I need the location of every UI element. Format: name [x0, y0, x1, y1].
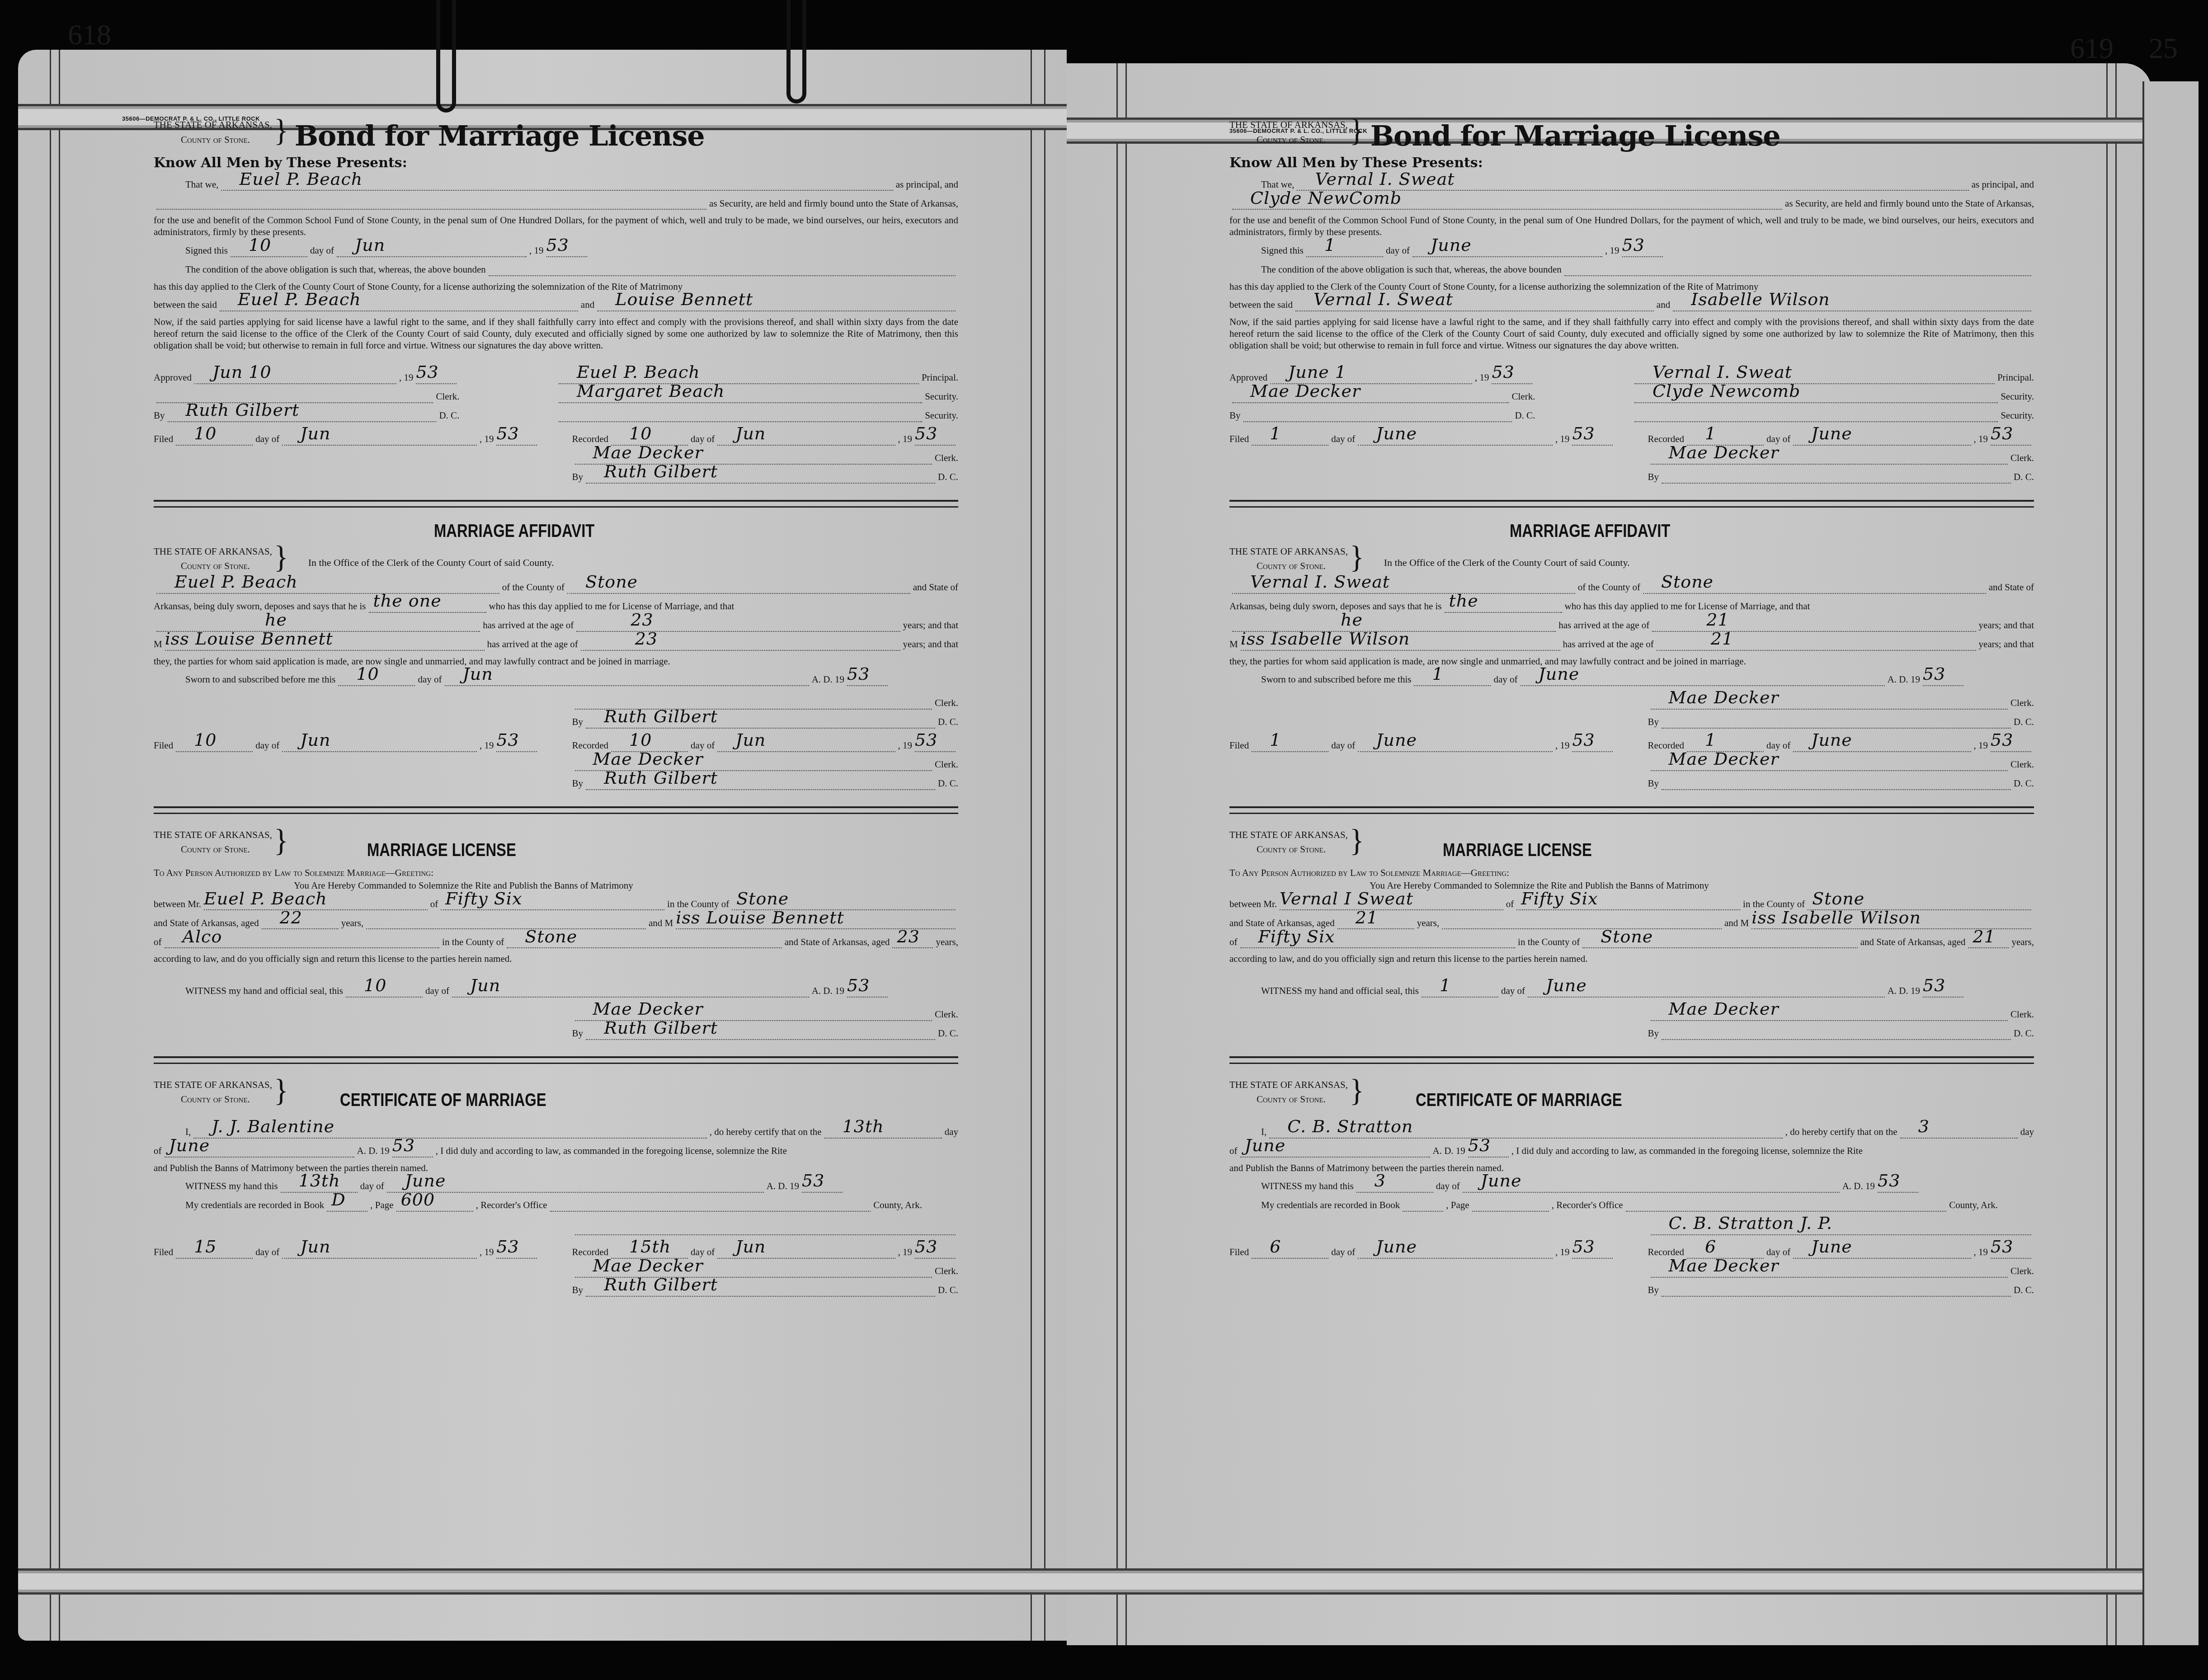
handwritten-entry: Stone: [525, 925, 577, 948]
section-divider: [154, 806, 958, 814]
fill-in-blank: D: [327, 1197, 367, 1212]
form-block: C. B. Stratton J. P.: [1229, 1216, 2034, 1240]
form-text: Filed: [1229, 433, 1249, 445]
form-block: Recorded1day ofJune, 1953 Mae DeckerCler…: [1648, 427, 2034, 488]
form-block: Filed1day ofJune, 1953: [1229, 427, 1615, 488]
handwritten-entry: 10: [194, 422, 217, 445]
fill-in-blank: Mae Decker: [1651, 1263, 2008, 1278]
brace: }: [274, 1073, 288, 1109]
form-text: County of Stone.: [154, 842, 272, 857]
fill-in-blank: Vernal I. Sweat: [1295, 297, 1654, 311]
record-right: The State of Arkansas,County of Stone. }…: [1229, 118, 2034, 1301]
form-text: A. D. 19: [767, 1180, 799, 1192]
bond-title: Bond for Marriage License: [295, 119, 705, 152]
fill-in-blank: 600: [396, 1197, 473, 1212]
fill-in-blank: [1626, 1197, 1947, 1212]
handwritten-entry: iss Louise Bennett: [165, 627, 333, 650]
form-text: Arkansas, being duly sworn, deposes and …: [154, 600, 366, 612]
form-text: and State of: [1989, 581, 2034, 593]
form-block: Recorded10day ofJun, 1953 Mae DeckerCler…: [572, 427, 958, 488]
form-text: WITNESS my hand this: [185, 1180, 278, 1192]
form-block: My credentials are recorded in Book, Pag…: [1229, 1197, 2034, 1212]
certificate-section: The State of Arkansas,County of Stone. }…: [154, 1078, 958, 1301]
form-text: County of Stone.: [1229, 842, 1348, 857]
margin-rule: [50, 50, 51, 1641]
bond-section: The State of Arkansas,County of Stone. }…: [154, 118, 958, 488]
form-block: Vernal I. SweatPrincipal. Clyde NewcombS…: [1632, 365, 2034, 427]
handwritten-entry: 53: [1923, 663, 1945, 686]
groom-name: Euel P. Beach: [238, 288, 361, 311]
form-block: Mae DeckerClerk.: [1648, 757, 2034, 771]
form-block: The State of Arkansas,County of Stone. }…: [154, 118, 958, 152]
handwritten-entry: 53: [1991, 422, 2013, 445]
form-block: Filed15day ofJun, 1953: [154, 1244, 540, 1259]
form-text: Sworn to and subscribed before me this: [1261, 673, 1411, 686]
fill-in-blank: Margaret Beach: [559, 389, 922, 403]
fill-in-blank: 53: [1468, 1143, 1509, 1158]
form-text: years,: [341, 917, 364, 929]
form-text: day of: [255, 1246, 279, 1258]
handwritten-entry: Jun: [355, 234, 385, 257]
fill-in-blank: [1662, 1026, 2011, 1040]
form-text: , Recorder's Office: [1552, 1199, 1623, 1211]
form-text: , 19: [1974, 1246, 1988, 1258]
handwritten-entry: Fifty Six: [1258, 925, 1335, 948]
fill-in-blank: 21: [1968, 934, 2009, 948]
form-text: Arkansas, being duly sworn, deposes and …: [1229, 600, 1442, 612]
handwritten-entry: Vernal I. Sweat: [1250, 570, 1390, 593]
handwritten-entry: D: [331, 1188, 345, 1211]
fill-in-blank: June: [1521, 672, 1885, 686]
form-block: ByRuth GilbertD. C.: [572, 1026, 958, 1040]
fill-in-blank: 13th: [824, 1124, 942, 1139]
section-divider: [1229, 806, 2034, 814]
affidavit-section: MARRIAGE AFFIDAVIT The State of Arkansas…: [1229, 521, 2034, 795]
handwritten-entry: Alco: [183, 925, 222, 948]
form-block: [154, 1216, 958, 1240]
form-text: Filed: [154, 1246, 173, 1258]
handwritten-entry: Fifty Six: [1521, 887, 1598, 910]
form-text: D. C.: [2014, 1027, 2034, 1040]
handwritten-entry: 53: [1468, 1134, 1491, 1157]
handwritten-entry: June: [1245, 1134, 1286, 1157]
form-block: Recorded10day ofJun, 1953 Mae DeckerCler…: [572, 733, 958, 795]
form-text: , 19: [1555, 739, 1570, 752]
fill-in-blank: June: [165, 1143, 354, 1158]
form-text: Security.: [925, 409, 958, 422]
form-text: between the said: [154, 298, 217, 311]
handwritten-entry: 53: [496, 422, 519, 445]
handwritten-entry: 53: [847, 974, 870, 997]
form-block: ByD. C.: [1229, 408, 1535, 422]
form-block: WITNESS my hand and official seal, this1…: [1229, 983, 2034, 998]
form-block: ofJuneA. D. 1953, I did duly and accordi…: [154, 1143, 958, 1158]
fill-in-blank: [559, 408, 922, 422]
form-text: D. C.: [2014, 715, 2034, 728]
form-block: The State of Arkansas,County of Stone. }…: [154, 828, 958, 861]
handwritten-entry: 53: [392, 1134, 415, 1157]
form-block: Mae DeckerClerk.: [1648, 450, 2034, 465]
form-block: Filed6day ofJune, 1953: [1229, 1244, 1615, 1259]
license-title: MARRIAGE LICENSE: [367, 840, 516, 861]
form-text: day: [2020, 1125, 2034, 1138]
handwritten-entry: June: [1376, 422, 1417, 445]
fill-in-blank: Isabelle Wilson: [1673, 297, 2031, 311]
fill-in-blank: June: [1793, 738, 1971, 752]
form-text: Clerk.: [935, 452, 958, 464]
fill-in-blank: Vernal I. Sweat: [1232, 579, 1575, 594]
handwritten-entry: Euel P. Beach: [174, 570, 298, 593]
section-divider: [154, 500, 958, 508]
form-text: and State of Arkansas, aged: [785, 936, 890, 948]
form-text: , 19: [480, 739, 494, 752]
handwritten-entry: 600: [401, 1188, 435, 1211]
fill-in-blank: 53: [915, 738, 956, 752]
handwritten-entry: Mae Decker: [1250, 380, 1361, 403]
handwritten-entry: J. J. Balentine: [212, 1115, 334, 1138]
form-text: day of: [255, 433, 279, 445]
form-block: [572, 1221, 958, 1235]
form-block: The State of Arkansas,County of Stone.: [154, 1078, 272, 1107]
fill-in-blank: 10: [231, 243, 307, 257]
page-number-right: 619: [2070, 32, 2114, 65]
form-text: A. D. 19: [1888, 984, 1920, 997]
form-block: The State of Arkansas,County of Stone. }…: [154, 1078, 958, 1111]
handwritten-entry: 53: [915, 1235, 937, 1258]
brace: }: [1350, 113, 1364, 149]
form-block: Miss Isabelle Wilsonhas arrived at the a…: [1229, 636, 2034, 651]
form-text: County, Ark.: [1949, 1199, 1998, 1211]
handwritten-entry: iss Isabelle Wilson: [1241, 627, 1410, 650]
fill-in-blank: 53: [1622, 243, 1663, 257]
fill-in-blank: June: [1358, 738, 1553, 752]
form-text: , do hereby certify that on the: [1785, 1125, 1897, 1138]
form-block: The State of Arkansas,County of Stone. }…: [1229, 118, 2034, 152]
fill-in-blank: C. B. Stratton: [1269, 1124, 1783, 1139]
handwritten-entry: June: [1376, 729, 1417, 752]
form-text: Clerk.: [1511, 390, 1535, 403]
fill-in-blank: 53: [1572, 1244, 1613, 1259]
next-page-edge: 25: [2142, 81, 2199, 1645]
form-text: as principal, and: [1972, 178, 2034, 191]
handwritten-entry: 10: [194, 729, 217, 752]
handwritten-entry: Jun: [300, 422, 330, 445]
form-block: WITNESS my hand and official seal, this1…: [154, 983, 958, 998]
fill-in-blank: Jun: [445, 672, 809, 686]
form-block: ApprovedJun 10, 1953 Clerk. ByRuth Gilbe…: [154, 365, 958, 427]
form-block: The State of Arkansas,County of Stone.: [154, 544, 272, 574]
form-block: ByRuth GilbertD. C.: [572, 714, 958, 729]
form-block: [1229, 691, 1615, 733]
form-text: they, the parties for whom said applicat…: [1229, 655, 2034, 667]
form-block: Sworn to and subscribed before me this1d…: [1229, 672, 2034, 686]
form-block: Recorded15thday ofJun, 1953 Mae DeckerCl…: [572, 1240, 958, 1301]
form-block: Mae DeckerClerk.: [1648, 695, 2034, 710]
form-text: , I did duly and according to law, as co…: [1511, 1144, 1863, 1157]
form-text: The State of Arkansas,: [1229, 119, 1348, 130]
fill-in-blank: Mae Decker: [1232, 389, 1509, 403]
form-text: Security.: [925, 390, 958, 403]
handwritten-entry: June: [1811, 1235, 1852, 1258]
handwritten-entry: Ruth Gilbert: [186, 399, 300, 422]
fill-in-blank: 23: [576, 617, 900, 632]
handwritten-entry: Clyde Newcomb: [1652, 380, 1800, 403]
form-text: , 19: [898, 739, 913, 752]
affidavit-section: MARRIAGE AFFIDAVIT The State of Arkansas…: [154, 521, 958, 795]
form-block: Mae DeckerClerk. ByD. C.: [1648, 691, 2034, 733]
handwritten-entry: 1: [1270, 729, 1281, 752]
form-text: of the County of: [1578, 581, 1640, 593]
certificate-title: CERTIFICATE OF MARRIAGE: [340, 1090, 546, 1111]
form-text: in the County of: [442, 936, 504, 948]
form-text: as Security, are held and firmly bound u…: [709, 197, 958, 210]
handwritten-entry: 53: [1572, 729, 1595, 752]
form-text: of: [1229, 1144, 1238, 1157]
form-text: , do hereby certify that on the: [710, 1125, 822, 1138]
brace: }: [1350, 823, 1364, 859]
fill-in-blank: [575, 1221, 956, 1235]
handwritten-entry: 53: [496, 729, 519, 752]
form-text: day of: [255, 739, 279, 752]
fill-in-blank: June: [387, 1178, 764, 1193]
form-text: of the County of: [502, 581, 565, 593]
form-text: By: [1648, 715, 1659, 728]
form-text: A. D. 19: [1842, 1180, 1875, 1192]
form-text: The State of Arkansas,: [1229, 829, 1348, 840]
form-text: The condition of the above obligation is…: [1261, 263, 1562, 276]
form-text: day of: [1386, 244, 1410, 257]
handwritten-entry: Jun: [735, 729, 766, 752]
handwritten-entry: Ruth Gilbert: [604, 767, 718, 790]
form-block: That we,Euel P. Beachas principal, and: [154, 176, 958, 191]
fill-in-blank: Ruth Gilbert: [586, 714, 935, 729]
form-text: , 19: [480, 1246, 494, 1258]
form-text: The State of Arkansas,: [1229, 1079, 1348, 1090]
fill-in-blank: 22: [262, 915, 339, 929]
form-text: years,: [2011, 936, 2034, 948]
form-block: ByD. C.: [1648, 469, 2034, 484]
form-text: has arrived at the age of: [487, 638, 578, 650]
form-text: A. D. 19: [1888, 673, 1920, 686]
form-block: Miss Louise Bennetthas arrived at the ag…: [154, 636, 958, 651]
form-text: M: [1229, 638, 1238, 650]
handwritten-entry: June: [1811, 422, 1852, 445]
form-text: The State of Arkansas,: [154, 829, 272, 840]
brace: }: [1350, 1073, 1364, 1109]
bride-name: Louise Bennett: [615, 288, 753, 311]
form-text: day of: [1331, 739, 1355, 752]
handwritten-entry: Ruth Gilbert: [604, 460, 718, 483]
fill-in-blank: Jun: [282, 738, 477, 752]
form-text: day of: [1436, 1180, 1460, 1192]
form-text: , 19: [1974, 433, 1988, 445]
fill-in-blank: 53: [1923, 672, 1963, 686]
handwritten-entry: Ruth Gilbert: [604, 1016, 718, 1040]
form-text: Signed this: [1261, 244, 1304, 257]
fill-in-blank: 23: [892, 934, 933, 948]
fill-in-blank: June: [1412, 243, 1602, 257]
form-text: day of: [418, 673, 442, 686]
form-text: A. D. 19: [812, 984, 844, 997]
groom-name: Vernal I. Sweat: [1314, 288, 1453, 311]
form-text: they, the parties for whom said applicat…: [154, 655, 958, 667]
fill-in-blank: Ruth Gilbert: [586, 776, 935, 790]
form-text: Clerk.: [436, 390, 459, 403]
handwritten-entry: Mae Decker: [1669, 1254, 1779, 1277]
fill-in-blank: 13th: [281, 1178, 358, 1193]
form-text: , 19: [1555, 1246, 1570, 1258]
form-text: The State of Arkansas,: [1229, 546, 1348, 557]
fill-in-blank: [1243, 408, 1512, 422]
form-text: WITNESS my hand this: [1261, 1180, 1354, 1192]
form-block: The State of Arkansas,County of Stone.: [1229, 1078, 1348, 1107]
form-text: To Any Person Authorized by Law to Solem…: [1229, 867, 2034, 879]
form-block: Signed this1day ofJune, 1953: [1229, 243, 2034, 257]
form-text: In the Office of the Clerk of the County…: [1384, 557, 1630, 569]
form-text: Approved: [154, 371, 192, 384]
form-text: Now, if the said parties applying for sa…: [154, 316, 958, 352]
fill-in-blank: Ruth Gilbert: [586, 1282, 935, 1297]
form-text: , 19: [1555, 433, 1570, 445]
form-block: ApprovedJun 10, 1953: [154, 370, 459, 384]
paper-clip: [436, 0, 456, 113]
handwritten-entry: 53: [847, 663, 870, 686]
form-text: and Publish the Banns of Matrimony betwe…: [154, 1162, 958, 1174]
form-text: My credentials are recorded in Book: [1261, 1199, 1400, 1211]
certificate-section: The State of Arkansas,County of Stone. }…: [1229, 1078, 2034, 1301]
handwritten-entry: iss Louise Bennett: [676, 906, 844, 929]
fill-in-blank: 53: [392, 1143, 433, 1158]
handwritten-entry: Stone: [1601, 925, 1653, 948]
fill-in-blank: [550, 1197, 871, 1212]
handwritten-entry: 53: [1622, 234, 1645, 257]
handwritten-entry: 3: [1375, 1169, 1386, 1192]
form-block: ByD. C.: [1648, 714, 2034, 729]
section-divider: [1229, 500, 2034, 508]
fill-in-blank: Ruth Gilbert: [586, 469, 935, 484]
form-text: D. C.: [2014, 471, 2034, 483]
fill-in-blank: [1662, 776, 2011, 790]
fill-in-blank: June: [1793, 431, 1971, 446]
handwritten-entry: 1: [1324, 234, 1336, 257]
handwritten-entry: 3: [1918, 1115, 1930, 1138]
form-text: The condition of the above obligation is…: [185, 263, 486, 276]
form-text: , Page: [1446, 1199, 1469, 1211]
handwritten-entry: C. B. Stratton: [1287, 1115, 1413, 1138]
form-block: ByRuth GilbertD. C.: [154, 408, 459, 422]
form-block: The State of Arkansas,County of Stone.: [154, 828, 272, 857]
fill-in-blank: Ruth Gilbert: [586, 1026, 935, 1040]
form-text: years; and that: [903, 619, 958, 631]
handwritten-entry: Ruth Gilbert: [604, 1273, 718, 1296]
form-text: who has this day applied to me for Licen…: [489, 600, 734, 612]
form-text: day: [945, 1125, 958, 1138]
brace: }: [274, 823, 288, 859]
form-block: ByRuth GilbertD. C.: [572, 1282, 958, 1297]
footer-band: [1067, 1568, 2152, 1595]
form-text: By: [572, 715, 584, 728]
fill-in-blank: [366, 915, 646, 929]
handwritten-entry: June: [1481, 1169, 1522, 1192]
form-block: ByRuth GilbertD. C.: [572, 469, 958, 484]
handwritten-entry: Vernal I Sweat: [1280, 887, 1413, 910]
handwritten-entry: the one: [373, 589, 442, 612]
fill-in-blank: 53: [1572, 738, 1613, 752]
handwritten-entry: 53: [1923, 974, 1945, 997]
form-block: Filed1day ofJune, 1953 Recorded1day ofJu…: [1229, 427, 2034, 488]
fill-in-blank: 21: [1337, 915, 1414, 929]
form-text: By: [572, 471, 584, 483]
form-text: day of: [1493, 673, 1517, 686]
handwritten-entry: Mae Decker: [1669, 998, 1779, 1021]
form-text: WITNESS my hand and official seal, this: [185, 984, 343, 997]
form-text: County of Stone.: [154, 1092, 272, 1107]
fill-in-blank: 15: [176, 1244, 253, 1259]
form-text: A. D. 19: [1433, 1144, 1465, 1157]
form-text: Sworn to and subscribed before me this: [185, 673, 335, 686]
handwritten-entry: 53: [915, 729, 937, 752]
fill-in-blank: Ruth Gilbert: [168, 408, 437, 422]
handwritten-entry: Euel P. Beach: [204, 887, 327, 910]
form-block: ApprovedJun 10, 1953 Clerk. ByRuth Gilbe…: [154, 365, 459, 427]
handwritten-entry: Jun: [300, 1235, 330, 1258]
fill-in-blank: 53: [802, 1178, 843, 1193]
handwritten-entry: Jun: [735, 422, 766, 445]
form-text: and Publish the Banns of Matrimony betwe…: [1229, 1162, 2034, 1174]
form-text: D. C.: [938, 777, 958, 790]
fill-in-blank: 53: [1923, 983, 1963, 998]
form-text: , 19: [1605, 244, 1620, 257]
form-block: Clerk. ByRuth GilbertD. C.: [572, 691, 958, 733]
form-block: Filed10day ofJun, 1953: [154, 431, 540, 446]
handwritten-entry: Margaret Beach: [577, 380, 725, 403]
handwritten-entry: 10: [249, 234, 271, 257]
form-text: has arrived at the age of: [1563, 638, 1654, 650]
form-text: and M: [1724, 917, 1749, 929]
form-block: ApprovedJune 1, 1953 Mae DeckerClerk. By…: [1229, 365, 1535, 427]
form-text: By: [1648, 471, 1659, 483]
fill-in-blank: 53: [496, 738, 537, 752]
fill-in-blank: Stone: [567, 579, 910, 594]
fill-in-blank: the one: [369, 598, 486, 613]
handwritten-entry: Mae Decker: [1669, 686, 1779, 709]
form-text: Clerk.: [2010, 1008, 2034, 1021]
form-block: Clyde NewcombSecurity.: [1632, 389, 2034, 403]
fill-in-blank: 53: [1572, 431, 1613, 446]
form-text: , 19: [898, 1246, 913, 1258]
handwritten-entry: 53: [1492, 361, 1514, 384]
form-block: ByD. C.: [1648, 1282, 2034, 1297]
form-block: Filed10day ofJun, 1953: [154, 733, 540, 795]
handwritten-entry: Mae Decker: [1669, 748, 1779, 771]
form-text: Clerk.: [2010, 758, 2034, 771]
fill-in-blank: 53: [1991, 431, 2031, 446]
fill-in-blank: 53: [496, 431, 537, 446]
form-text: By: [1229, 409, 1241, 422]
form-text: By: [154, 409, 165, 422]
fill-in-blank: C. B. Stratton J. P.: [1651, 1221, 2031, 1235]
form-block: between the saidEuel P. BeachandLouise B…: [154, 297, 958, 311]
form-text: County, Ark.: [873, 1199, 922, 1211]
handwritten-entry: 53: [915, 422, 937, 445]
fill-in-blank: 1: [1252, 431, 1328, 446]
form-text: , Recorder's Office: [476, 1199, 547, 1211]
handwritten-entry: June: [1811, 729, 1852, 752]
handwritten-entry: 53: [416, 361, 438, 384]
margin-rule: [2115, 63, 2117, 1645]
form-block: Mae DeckerClerk. ByD. C.: [1648, 1002, 2034, 1045]
form-text: between Mr.: [154, 898, 201, 910]
